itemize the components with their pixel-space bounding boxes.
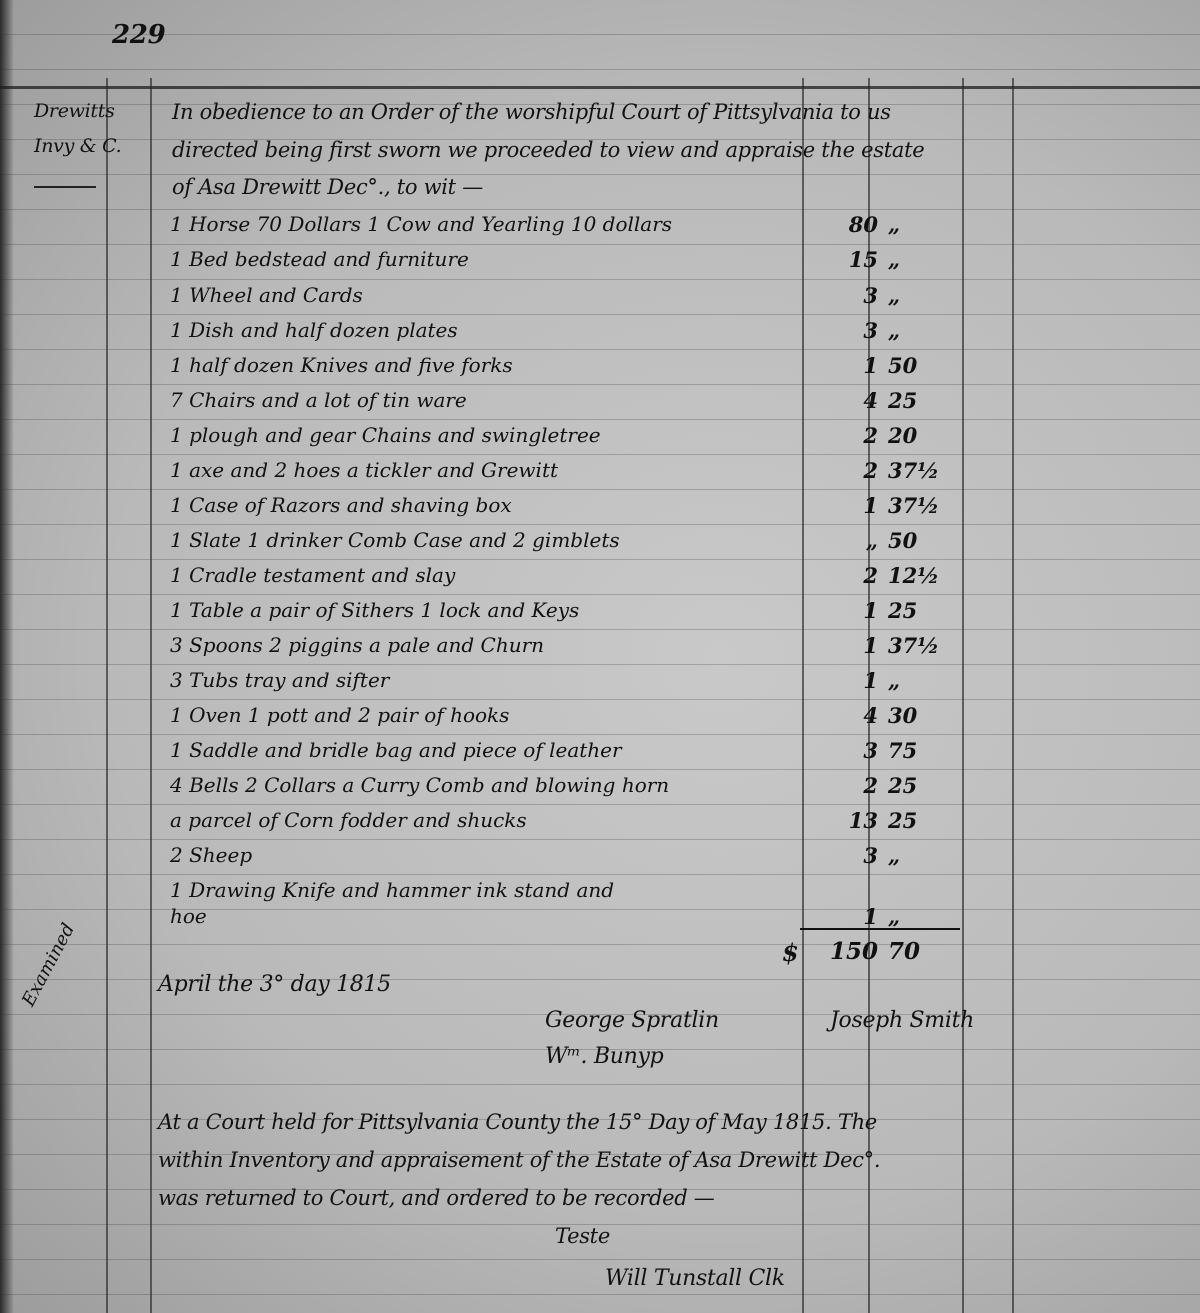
intro-line-2: directed being first sworn we proceeded … (172, 138, 924, 162)
item-dollars: 1 (820, 904, 878, 929)
item-description: 1 Bed bedstead and furniture (170, 247, 469, 271)
margin-label-line1: Drewitts (34, 100, 115, 122)
item-description: 1 Case of Razors and shaving box (170, 493, 512, 517)
item-dollars: 2 (820, 563, 878, 588)
item-description: 1 Drawing Knife and hammer ink stand and (170, 878, 614, 902)
item-cents: 25 (888, 773, 958, 798)
item-cents: „ (888, 283, 958, 308)
inventory-row: 1 axe and 2 hoes a tickler and Grewitt23… (170, 458, 1170, 490)
inventory-row: hoe1„ (170, 904, 1170, 936)
item-dollars: 4 (820, 388, 878, 413)
currency-symbol: $ (782, 938, 799, 967)
clerk-signature: Will Tunstall Clk (605, 1266, 785, 1291)
inventory-row: 1 Wheel and Cards3„ (170, 283, 1170, 315)
item-description: 2 Sheep (170, 843, 252, 867)
item-dollars: 4 (820, 703, 878, 728)
item-description: 3 Tubs tray and sifter (170, 668, 389, 692)
examined-margin-note: Examined (18, 920, 79, 1010)
page-edge-shadow (0, 0, 14, 1313)
item-description: 1 Table a pair of Sithers 1 lock and Key… (170, 598, 579, 622)
item-description: 1 Cradle testament and slay (170, 563, 455, 587)
item-cents: 30 (888, 703, 958, 728)
item-description: 1 Oven 1 pott and 2 pair of hooks (170, 703, 509, 727)
item-cents: 37½ (888, 493, 958, 518)
inventory-row: 1 Slate 1 drinker Comb Case and 2 gimble… (170, 528, 1170, 560)
item-cents: 50 (888, 528, 958, 553)
item-cents: „ (888, 904, 958, 929)
item-cents: 37½ (888, 633, 958, 658)
item-cents: 25 (888, 808, 958, 833)
intro-line-3: of Asa Drewitt Dec°., to wit — (172, 175, 483, 199)
item-cents: 25 (888, 388, 958, 413)
item-description: a parcel of Corn fodder and shucks (170, 808, 527, 832)
inventory-row: a parcel of Corn fodder and shucks1325 (170, 808, 1170, 840)
inventory-row: 3 Tubs tray and sifter1„ (170, 668, 1170, 700)
court-record-line-2: within Inventory and appraisement of the… (158, 1148, 880, 1172)
inventory-row: 1 Case of Razors and shaving box137½ (170, 493, 1170, 525)
item-description: 1 axe and 2 hoes a tickler and Grewitt (170, 458, 558, 482)
inventory-row: 1 Horse 70 Dollars 1 Cow and Yearling 10… (170, 212, 1170, 244)
item-dollars: 2 (820, 773, 878, 798)
margin-rule (106, 78, 108, 1313)
item-description: 4 Bells 2 Collars a Curry Comb and blowi… (170, 773, 669, 797)
item-cents: „ (888, 212, 958, 237)
teste-label: Teste (555, 1224, 610, 1248)
inventory-row: 3 Spoons 2 piggins a pale and Churn137½ (170, 633, 1170, 665)
item-dollars: 3 (820, 738, 878, 763)
item-description: 1 Saddle and bridle bag and piece of lea… (170, 738, 622, 762)
item-description: 1 half dozen Knives and five forks (170, 353, 513, 377)
item-cents: 20 (888, 423, 958, 448)
item-dollars: 15 (820, 247, 878, 272)
item-cents: 50 (888, 353, 958, 378)
inventory-row: 7 Chairs and a lot of tin ware425 (170, 388, 1170, 420)
item-description: 7 Chairs and a lot of tin ware (170, 388, 467, 412)
total-rule (800, 928, 960, 930)
appraiser-signature-3: Wᵐ. Bunyp (545, 1044, 663, 1069)
item-description: 1 Wheel and Cards (170, 283, 363, 307)
appraiser-signature-1: George Spratlin (545, 1008, 719, 1033)
total-cents: 70 (888, 938, 958, 965)
item-description: 1 plough and gear Chains and swingletree (170, 423, 601, 447)
inventory-row: 1 Bed bedstead and furniture15„ (170, 247, 1170, 279)
item-cents: 12½ (888, 563, 958, 588)
item-dollars: 13 (820, 808, 878, 833)
inventory-row: 1 Table a pair of Sithers 1 lock and Key… (170, 598, 1170, 630)
total-row: $ 150 70 (170, 938, 1170, 970)
item-description: hoe (170, 904, 207, 928)
inventory-row: 1 Dish and half dozen plates3„ (170, 318, 1170, 350)
ledger-page: 229 Drewitts Invy & C. In obedience to a… (0, 0, 1200, 1313)
item-cents: 75 (888, 738, 958, 763)
margin-rule (150, 78, 152, 1313)
folio-number: 229 (112, 20, 165, 50)
item-description: 1 Horse 70 Dollars 1 Cow and Yearling 10… (170, 212, 672, 236)
court-record-line-3: was returned to Court, and ordered to be… (158, 1186, 715, 1210)
margin-underline (34, 186, 96, 188)
item-dollars: 3 (820, 318, 878, 343)
item-dollars: 1 (820, 493, 878, 518)
inventory-row: 1 Saddle and bridle bag and piece of lea… (170, 738, 1170, 770)
item-dollars: 3 (820, 283, 878, 308)
item-description: 1 Dish and half dozen plates (170, 318, 458, 342)
item-description: 1 Slate 1 drinker Comb Case and 2 gimble… (170, 528, 620, 552)
item-cents: „ (888, 668, 958, 693)
item-description: 3 Spoons 2 piggins a pale and Churn (170, 633, 544, 657)
margin-label-line2: Invy & C. (34, 135, 121, 157)
item-cents: 37½ (888, 458, 958, 483)
inventory-row: 1 half dozen Knives and five forks150 (170, 353, 1170, 385)
item-cents: „ (888, 843, 958, 868)
item-cents: „ (888, 247, 958, 272)
inventory-row: 1 Cradle testament and slay212½ (170, 563, 1170, 595)
item-dollars: 1 (820, 633, 878, 658)
item-dollars: 1 (820, 598, 878, 623)
appraiser-signature-2: Joseph Smith (830, 1008, 974, 1033)
inventory-row: 2 Sheep3„ (170, 843, 1170, 875)
item-cents: 25 (888, 598, 958, 623)
item-cents: „ (888, 318, 958, 343)
item-dollars: 80 (820, 212, 878, 237)
header-rule (0, 86, 1200, 89)
intro-line-1: In obedience to an Order of the worshipf… (172, 100, 891, 124)
inventory-row: 1 Oven 1 pott and 2 pair of hooks430 (170, 703, 1170, 735)
appraisal-date: April the 3° day 1815 (158, 972, 391, 997)
inventory-row: 1 plough and gear Chains and swingletree… (170, 423, 1170, 455)
item-dollars: 1 (820, 668, 878, 693)
court-record-line-1: At a Court held for Pittsylvania County … (158, 1110, 877, 1134)
item-dollars: „ (820, 528, 878, 553)
item-dollars: 3 (820, 843, 878, 868)
item-dollars: 2 (820, 423, 878, 448)
item-dollars: 2 (820, 458, 878, 483)
item-dollars: 1 (820, 353, 878, 378)
inventory-row: 4 Bells 2 Collars a Curry Comb and blowi… (170, 773, 1170, 805)
total-dollars: 150 (820, 938, 878, 965)
